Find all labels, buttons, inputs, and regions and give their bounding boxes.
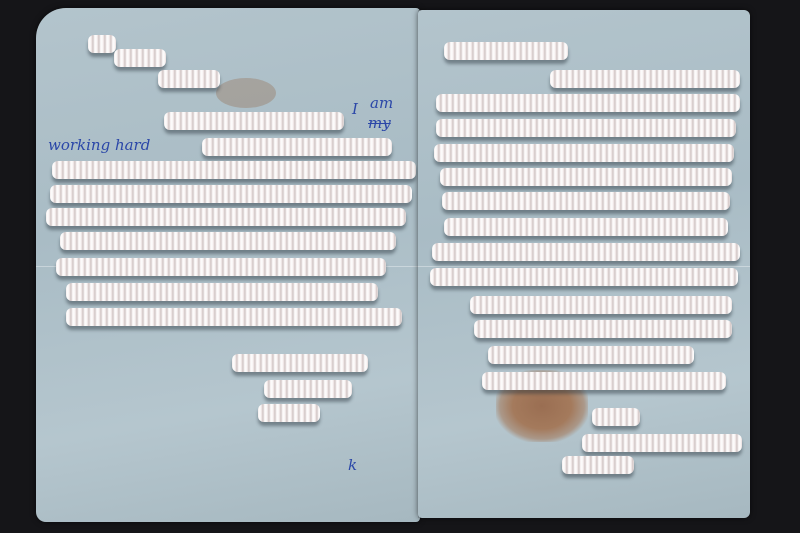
- rice-row: [482, 372, 726, 390]
- rice-row: [582, 434, 742, 452]
- rice-row: [158, 70, 220, 88]
- handwriting-am: am: [370, 94, 393, 112]
- rice-row: [50, 185, 412, 203]
- rice-row: [442, 192, 730, 210]
- rice-row: [202, 138, 392, 156]
- rice-row: [52, 161, 416, 179]
- rice-row: [56, 258, 386, 276]
- rice-row: [88, 35, 116, 53]
- handwriting-my: my: [368, 114, 391, 132]
- rice-row: [488, 346, 694, 364]
- rice-row: [436, 94, 740, 112]
- rice-row: [114, 49, 166, 67]
- rice-row: [444, 42, 568, 60]
- rice-row: [432, 243, 740, 261]
- rice-row: [46, 208, 406, 226]
- rice-row: [436, 119, 736, 137]
- rice-row: [592, 408, 640, 426]
- rice-row: [164, 112, 344, 130]
- handwriting-working-hard: working hard: [48, 136, 150, 154]
- paper-stain: [216, 78, 276, 108]
- rice-row: [550, 70, 740, 88]
- rice-row: [66, 283, 378, 301]
- rice-row: [434, 144, 734, 162]
- handwriting-k: k: [348, 456, 357, 474]
- rice-row: [562, 456, 634, 474]
- rice-row: [470, 296, 732, 314]
- fold-line: [418, 266, 750, 267]
- rice-row: [444, 218, 728, 236]
- rice-row: [474, 320, 732, 338]
- handwriting-i: I: [352, 100, 358, 118]
- letter-left-page: I am my working hard k: [36, 8, 420, 522]
- rice-row: [264, 380, 352, 398]
- rice-row: [60, 232, 396, 250]
- rice-row: [440, 168, 732, 186]
- rice-row: [430, 268, 738, 286]
- rice-row: [66, 308, 402, 326]
- rice-row: [258, 404, 320, 422]
- rice-row: [232, 354, 368, 372]
- letter-right-page: [418, 10, 750, 518]
